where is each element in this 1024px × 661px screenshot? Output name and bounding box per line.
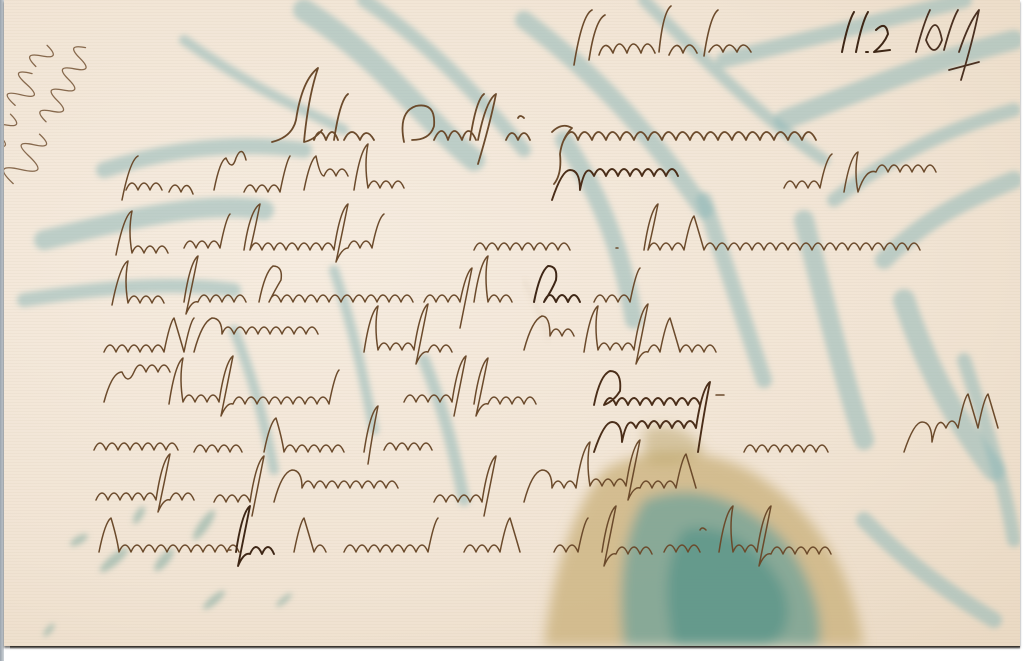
paper-bottom-shadow	[10, 646, 1020, 649]
scanned-letter-page: Sebl Bello Ohal Bcidnifsen Altenadorf de…	[0, 0, 1024, 661]
letter-paper: Sebl Bello Ohal Bcidnifsen Altenadorf de…	[4, 0, 1020, 646]
